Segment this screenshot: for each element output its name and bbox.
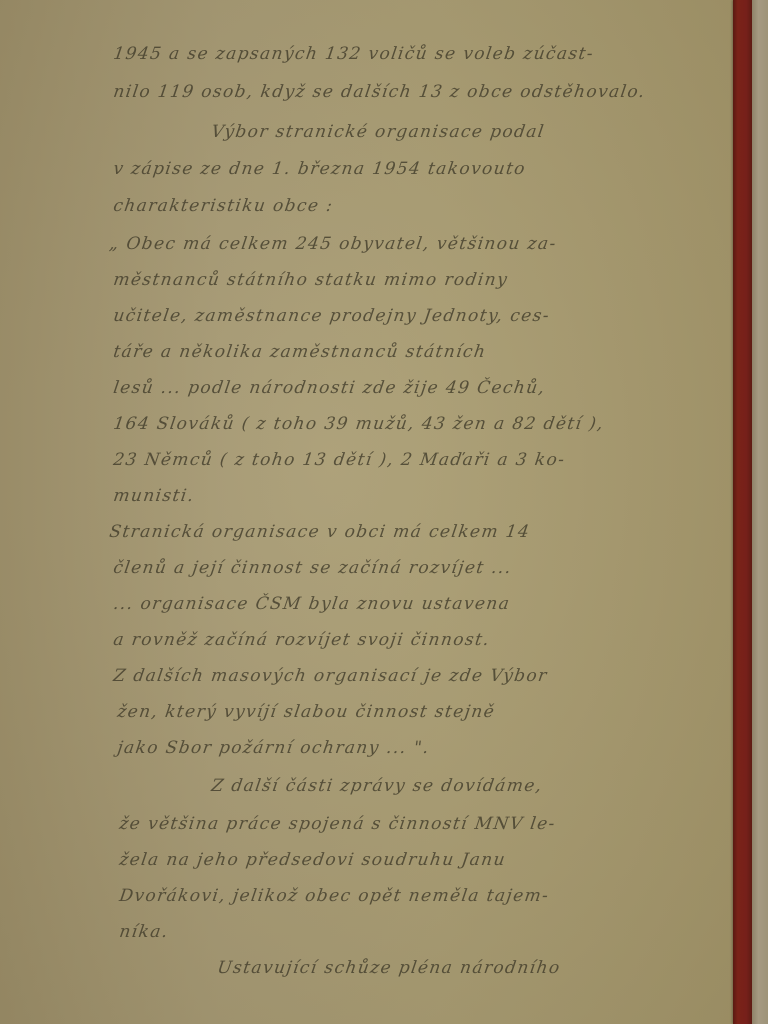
handwritten-line: a rovněž začíná rozvíjet svoji činnost. <box>112 630 491 650</box>
handwritten-line: Ustavující schůze pléna národního <box>216 958 562 978</box>
handwritten-line: ... organisace ČSM byla znovu ustavena <box>112 594 512 614</box>
handwritten-line: Z dalších masových organisací je zde Výb… <box>112 666 549 686</box>
handwritten-line: Stranická organisace v obci má celkem 14 <box>108 522 532 542</box>
handwritten-line: „ Obec má celkem 245 obyvatel, většinou … <box>108 234 558 254</box>
page-shading <box>0 0 733 1024</box>
handwritten-line: učitele, zaměstnance prodejny Jednoty, c… <box>112 306 551 326</box>
handwritten-line: že většina práce spojená s činností MNV … <box>118 814 557 834</box>
handwritten-line: munisti. <box>112 486 196 506</box>
page-stack-edge <box>752 0 768 1024</box>
handwritten-line: jako Sbor požární ochrany ... ". <box>116 738 431 758</box>
handwritten-line: Výbor stranické organisace podal <box>210 122 546 142</box>
handwritten-line: Dvořákovi, jelikož obec opět neměla taje… <box>118 886 551 906</box>
book-page: 1945 a se zapsaných 132 voličů se voleb … <box>0 0 733 1024</box>
handwritten-line: lesů ... podle národnosti zde žije 49 Če… <box>112 378 547 398</box>
handwritten-line: táře a několika zaměstnanců státních <box>112 342 488 362</box>
handwritten-line: charakteristiku obce : <box>112 196 335 216</box>
handwritten-line: 1945 a se zapsaných 132 voličů se voleb … <box>112 44 595 64</box>
handwritten-line: nilo 119 osob, když se dalších 13 z obce… <box>112 82 647 102</box>
bookmark-ribbon <box>733 0 752 1024</box>
handwritten-line: níka. <box>118 922 170 942</box>
handwritten-line: v zápise ze dne 1. března 1954 takovouto <box>112 159 527 179</box>
handwritten-line: 164 Slováků ( z toho 39 mužů, 43 žen a 8… <box>112 414 605 434</box>
handwritten-line: 23 Němců ( z toho 13 dětí ), 2 Maďaři a … <box>112 450 567 470</box>
handwritten-line: členů a její činnost se začíná rozvíjet … <box>112 558 513 578</box>
handwritten-line: Z další části zprávy se dovídáme, <box>210 776 544 796</box>
handwritten-line: žen, který vyvíjí slabou činnost stejně <box>116 702 497 722</box>
handwritten-line: městnanců státního statku mimo rodiny <box>112 270 509 290</box>
handwritten-line: žela na jeho předsedovi soudruhu Janu <box>118 850 507 870</box>
